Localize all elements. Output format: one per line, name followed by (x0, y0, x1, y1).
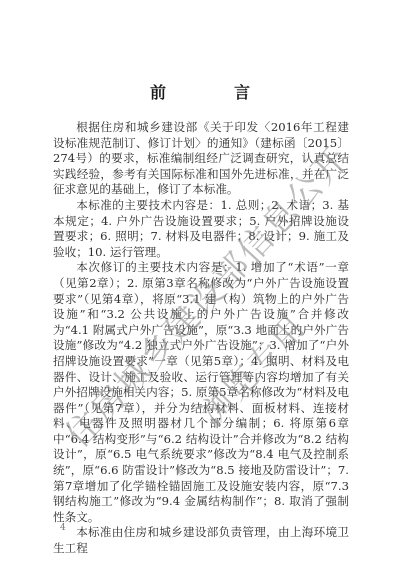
page-number: 4 (60, 523, 66, 533)
preface-body: 根据住房和城乡建设部《关于印发〈2016年工程建设标准规范制订、修订计划〉的通知… (53, 120, 349, 557)
paragraph-main-content: 本标准的主要技术内容是：1. 总则；2. 术语；3. 基本规定；4. 户外广告设… (53, 198, 349, 260)
document-page: 前 言 根据住房和城乡建设部《关于印发〈2016年工程建设标准规范制订、修订计划… (0, 0, 400, 579)
paragraph-revision-content: 本次修订的主要技术内容是：1. 增加了“术语”一章（见第2章）；2. 原第3章名… (53, 260, 349, 525)
paragraph-management: 本标准由住房和城乡建设部负责管理，由上海环境卫生工程 (53, 525, 349, 556)
paragraph-background: 根据住房和城乡建设部《关于印发〈2016年工程建设标准规范制订、修订计划〉的通知… (53, 120, 349, 198)
page-title: 前 言 (0, 80, 400, 103)
